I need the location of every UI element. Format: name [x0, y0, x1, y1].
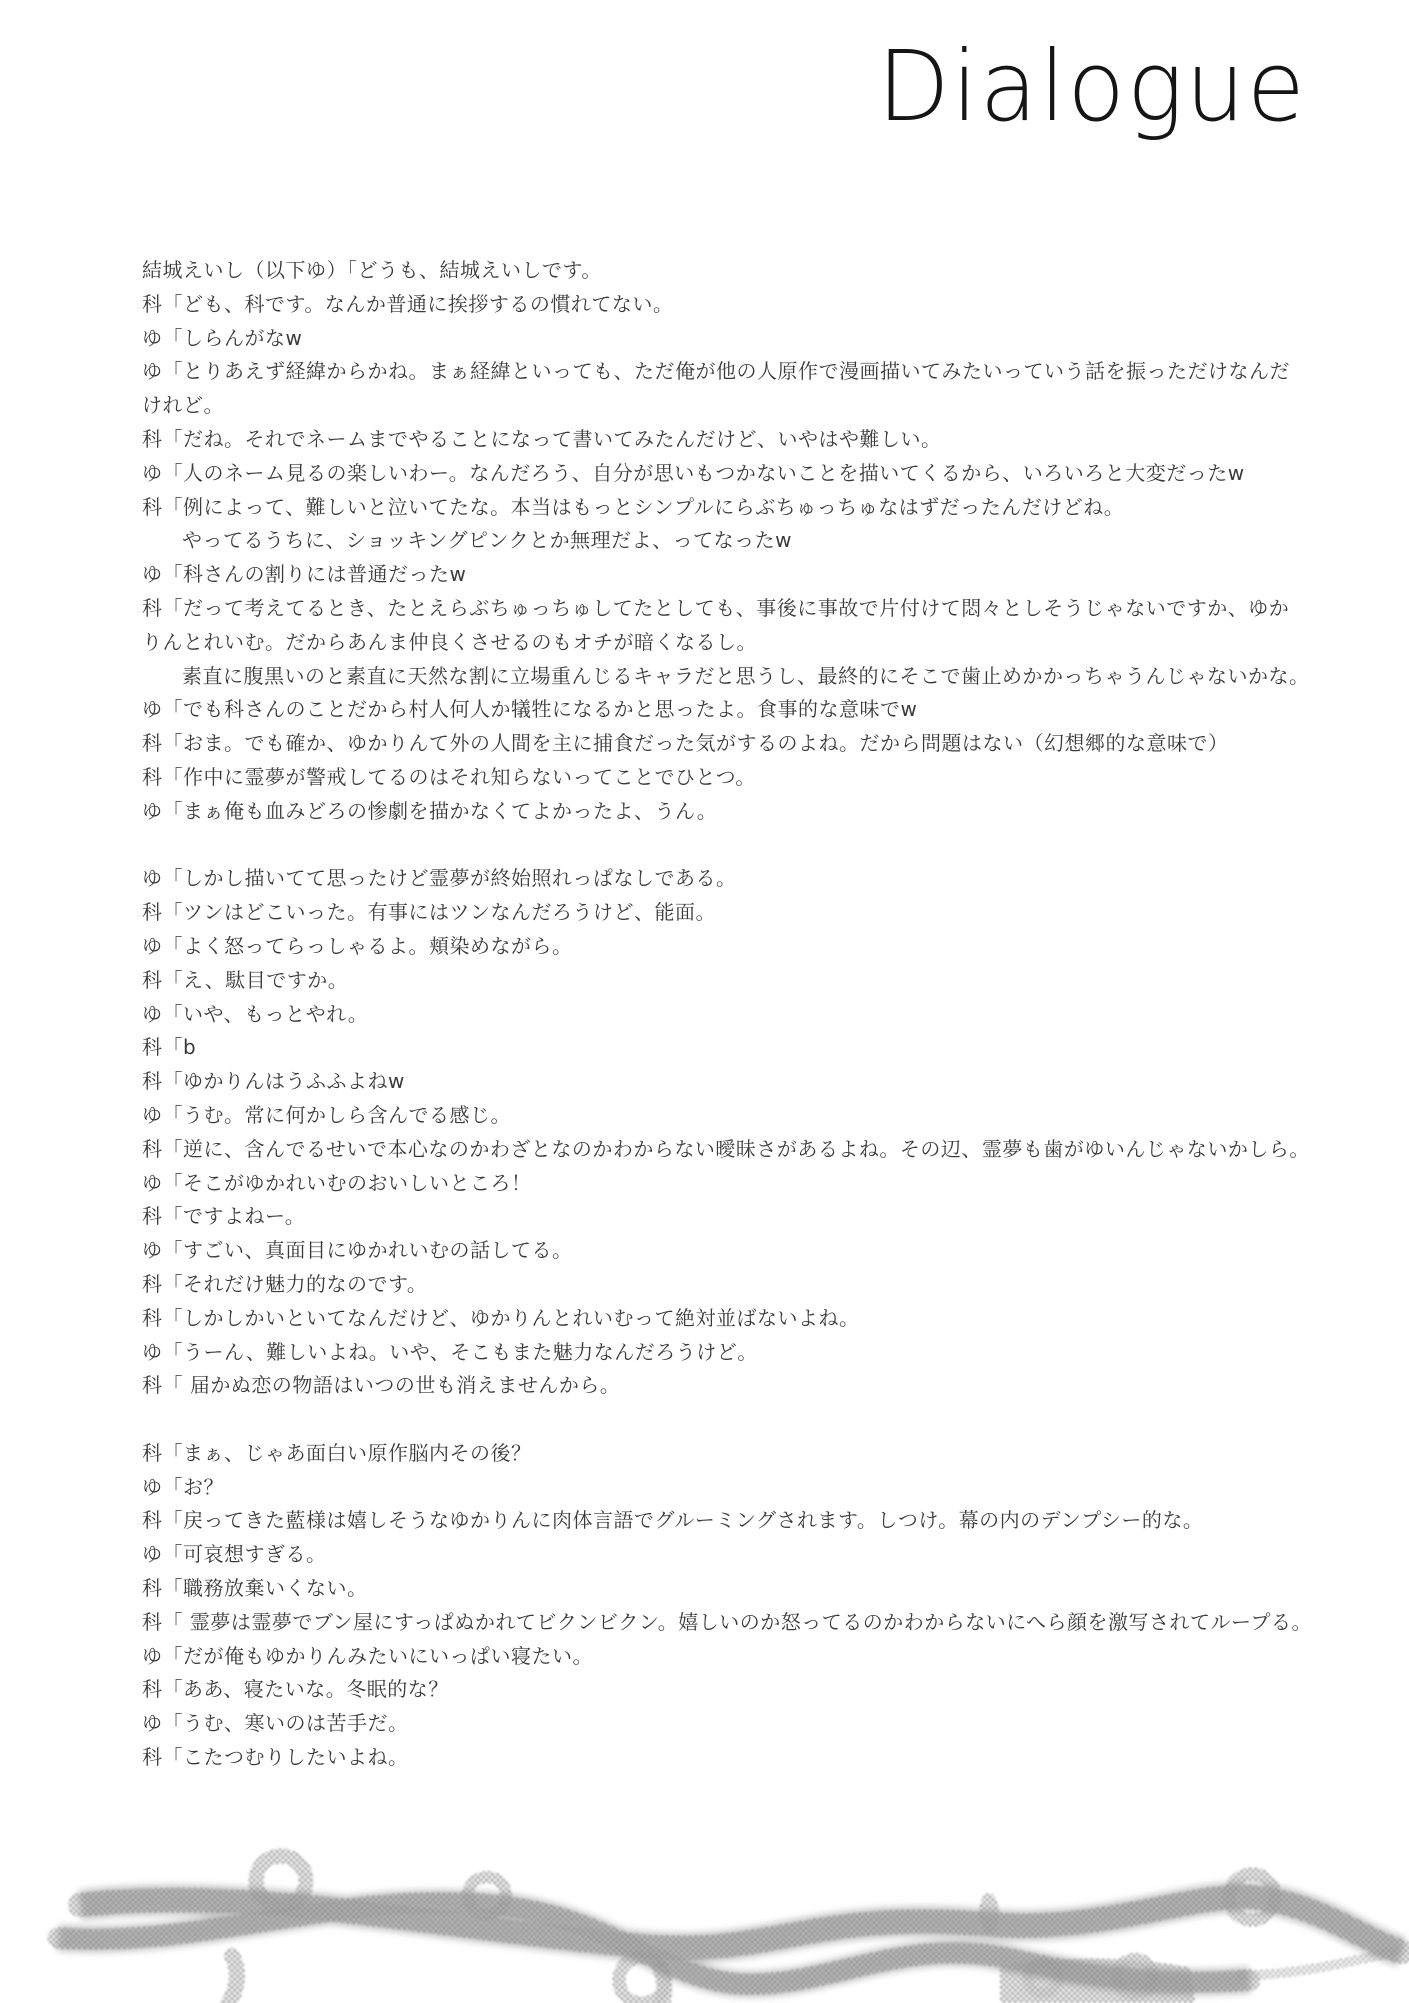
ribbon-lower	[58, 1903, 1250, 1984]
dialogue-line: けれど。	[142, 389, 1349, 423]
dialogue-line: ゆ「まぁ俺も血みどろの惨劇を描かなくてよかったよ、うん。	[142, 795, 1349, 829]
page-title: Dialogue	[878, 34, 1307, 141]
dialogue-line: ゆ「でも科さんのことだから村人何人か犠牲になるかと思ったよ。食事的な意味でw	[142, 693, 1349, 727]
dialogue-line: ゆ「うーん、難しいよね。いや、そこもまた魅力なんだろうけど。	[142, 1336, 1349, 1370]
dialogue-line: 科「え、駄目ですか。	[142, 964, 1349, 998]
footer-ornament-graphic	[0, 1798, 1409, 2003]
teardrop	[228, 1956, 237, 2003]
dialogue-line: ゆ「そこがゆかれいむのおいしいところ！	[142, 1167, 1349, 1201]
dialogue-line: 科「ああ、寝たいな。冬眠的な？	[142, 1673, 1349, 1707]
dialogue-line: 科「例によって、難しいと泣いてたな。本当はもっとシンプルにらぶちゅっちゅなはずだ…	[142, 491, 1349, 525]
ring-6	[1117, 1959, 1153, 1995]
dialogue-text: 結城えいし（以下ゆ）「どうも、結城えいしです。科「ども、科です。なんか普通に挨拶…	[142, 254, 1349, 1775]
dialogue-line: 科「しかしかいといてなんだけど、ゆかりんとれいむって絶対並ばないよね。	[142, 1302, 1349, 1336]
dialogue-line: 科「こたつむりしたいよね。	[142, 1741, 1349, 1775]
dialogue-line: 科「戻ってきた藍様は嬉しそうなゆかりんに肉体言語でグルーミングされます。しつけ。…	[142, 1504, 1349, 1538]
dialogue-line: 科「まぁ、じゃあ面白い原作脳内その後？	[142, 1437, 1349, 1471]
dialogue-line	[142, 1403, 1349, 1437]
dialogue-line: 科「だって考えてるとき、たとえらぶちゅっちゅしてたとしても、事後に事故で片付けて…	[142, 592, 1349, 626]
dialogue-line: ゆ「しかし描いてて思ったけど霊夢が終始照れっぱなしである。	[142, 862, 1349, 896]
dialogue-line: ゆ「うむ、寒いのは苦手だ。	[142, 1707, 1349, 1741]
dialogue-line: ゆ「可哀想すぎる。	[142, 1538, 1349, 1572]
ring-4	[1229, 1874, 1275, 1920]
dialogue-line: ゆ「すごい、真面目にゆかれいむの話してる。	[142, 1234, 1349, 1268]
dialogue-line: やってるうちに、ショッキングピンクとか無理だよ、ってなったw	[142, 524, 1349, 558]
dialogue-line: 素直に腹黒いのと素直に天然な割に立場重んじるキャラだと思うし、最終的にそこで歯止…	[142, 660, 1349, 694]
dialogue-line: ゆ「よく怒ってらっしゃるよ。頬染めながら。	[142, 930, 1349, 964]
ring-2	[468, 1877, 506, 1915]
ring-5	[1028, 1963, 1058, 1993]
dialogue-line: ゆ「いや、もっとやれ。	[142, 998, 1349, 1032]
dialogue-line	[142, 829, 1349, 863]
ribbon-upper	[80, 1897, 1402, 1952]
dialogue-line: ゆ「お？	[142, 1471, 1349, 1505]
dialogue-line: 科「ども、科です。なんか普通に挨拶するの慣れてない。	[142, 288, 1349, 322]
dialogue-line: 科「 届かぬ恋の物語はいつの世も消えませんから。	[142, 1369, 1349, 1403]
dialogue-line: 科「ゆかりんはうふふよねw	[142, 1065, 1349, 1099]
dialogue-line: ゆ「だが俺もゆかりんみたいにいっぱい寝たい。	[142, 1640, 1349, 1674]
dialogue-line: ゆ「科さんの割りには普通だったw	[142, 558, 1349, 592]
dot-ellipse	[979, 1893, 999, 1933]
ring-1	[256, 1856, 306, 1906]
page-root: { "page": { "title": "Dialogue" }, "dial…	[0, 0, 1409, 2003]
dialogue-line: 科「作中に霊夢が警戒してるのはそれ知らないってことでひとつ。	[142, 761, 1349, 795]
ribbon-tail-right	[1240, 1950, 1402, 1976]
ring-3	[619, 1957, 665, 2003]
dialogue-line: 科「ツンはどこいった。有事にはツンなんだろうけど、能面。	[142, 896, 1349, 930]
dialogue-line: 科「ですよねー。	[142, 1200, 1349, 1234]
dialogue-line: ゆ「人のネーム見るの楽しいわー。なんだろう、自分が思いもつかないことを描いてくる…	[142, 457, 1349, 491]
dialogue-line: ゆ「うむ。常に何かしら含んでる感じ。	[142, 1099, 1349, 1133]
bottom-right-mass	[1000, 1959, 1195, 2003]
dialogue-line: 科「職務放棄いくない。	[142, 1572, 1349, 1606]
dialogue-line: 科「それだけ魅力的なのです。	[142, 1268, 1349, 1302]
dialogue-line: 科「b	[142, 1031, 1349, 1065]
dialogue-line: 科「おま。でも確か、ゆかりんて外の人間を主に捕食だった気がするのよね。だから問題…	[142, 727, 1349, 761]
dialogue-line: りんとれいむ。だからあんま仲良くさせるのもオチが暗くなるし。	[142, 626, 1349, 660]
dialogue-line: ゆ「しらんがなw	[142, 322, 1349, 356]
drop-mid	[660, 1968, 665, 2003]
dialogue-line: 科「逆に、含んでるせいで本心なのかわざとなのかわからない曖昧さがあるよね。その辺…	[142, 1133, 1349, 1167]
dialogue-line: 科「だね。それでネームまでやることになって書いてみたんだけど、いやはや難しい。	[142, 423, 1349, 457]
dialogue-line: 結城えいし（以下ゆ）「どうも、結城えいしです。	[142, 254, 1349, 288]
dialogue-line: ゆ「とりあえず経緯からかね。まぁ経緯といっても、ただ俺が他の人原作で漫画描いてみ…	[142, 355, 1349, 389]
dialogue-line: 科「 霊夢は霊夢でブン屋にすっぱぬかれてビクンビクン。嬉しいのか怒ってるのかわか…	[142, 1606, 1349, 1640]
